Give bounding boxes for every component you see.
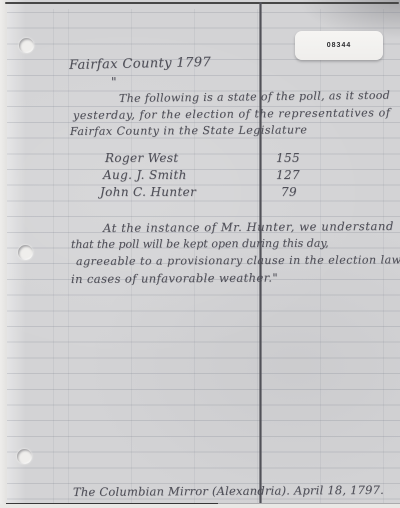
- archival-label: 08344: [295, 31, 383, 60]
- hole-punch-top: [19, 38, 34, 53]
- paragraph2-line3: agreeable to a provisionary clause in th…: [76, 253, 400, 268]
- paragraph1-line3: Fairfax County in the State Legislature: [70, 123, 307, 138]
- scanner-bed-strip: [0, 504, 400, 508]
- vote-count: 79: [281, 185, 297, 199]
- paragraph1-line1: The following is a state of the poll, as…: [119, 89, 390, 105]
- hole-punch-middle: [18, 245, 33, 260]
- paragraph1-line2: yesterday, for the election of the repre…: [73, 106, 391, 122]
- paragraph2-line1: At the instance of Mr. Hunter, we unders…: [103, 219, 394, 235]
- scanned-manuscript-page: 08344 Fairfax County 1797 " The followin…: [0, 0, 400, 508]
- archival-label-number: 08344: [327, 42, 351, 49]
- vote-count: 155: [276, 151, 300, 165]
- source-citation: The Columbian Mirror (Alexandria). April…: [73, 483, 384, 499]
- candidate-name: Roger West: [105, 151, 179, 165]
- opening-quote-mark: ": [111, 75, 117, 89]
- manuscript-heading: Fairfax County 1797: [69, 55, 211, 73]
- candidate-name: John C. Hunter: [100, 185, 196, 199]
- paragraph2-line2: that the poll will be kept open during t…: [71, 237, 329, 251]
- page-top-edge-line: [5, 2, 399, 4]
- candidate-name: Aug. J. Smith: [103, 168, 187, 182]
- hole-punch-bottom: [17, 449, 32, 464]
- paragraph2-line4: in cases of unfavorable weather.": [71, 271, 278, 286]
- vote-count: 127: [276, 168, 300, 182]
- page-bottom-edge-faint: [218, 503, 400, 504]
- page-fold-crease: [259, 2, 262, 503]
- page-bottom-edge-line: [6, 503, 218, 505]
- paper-left-edge: [0, 0, 7, 508]
